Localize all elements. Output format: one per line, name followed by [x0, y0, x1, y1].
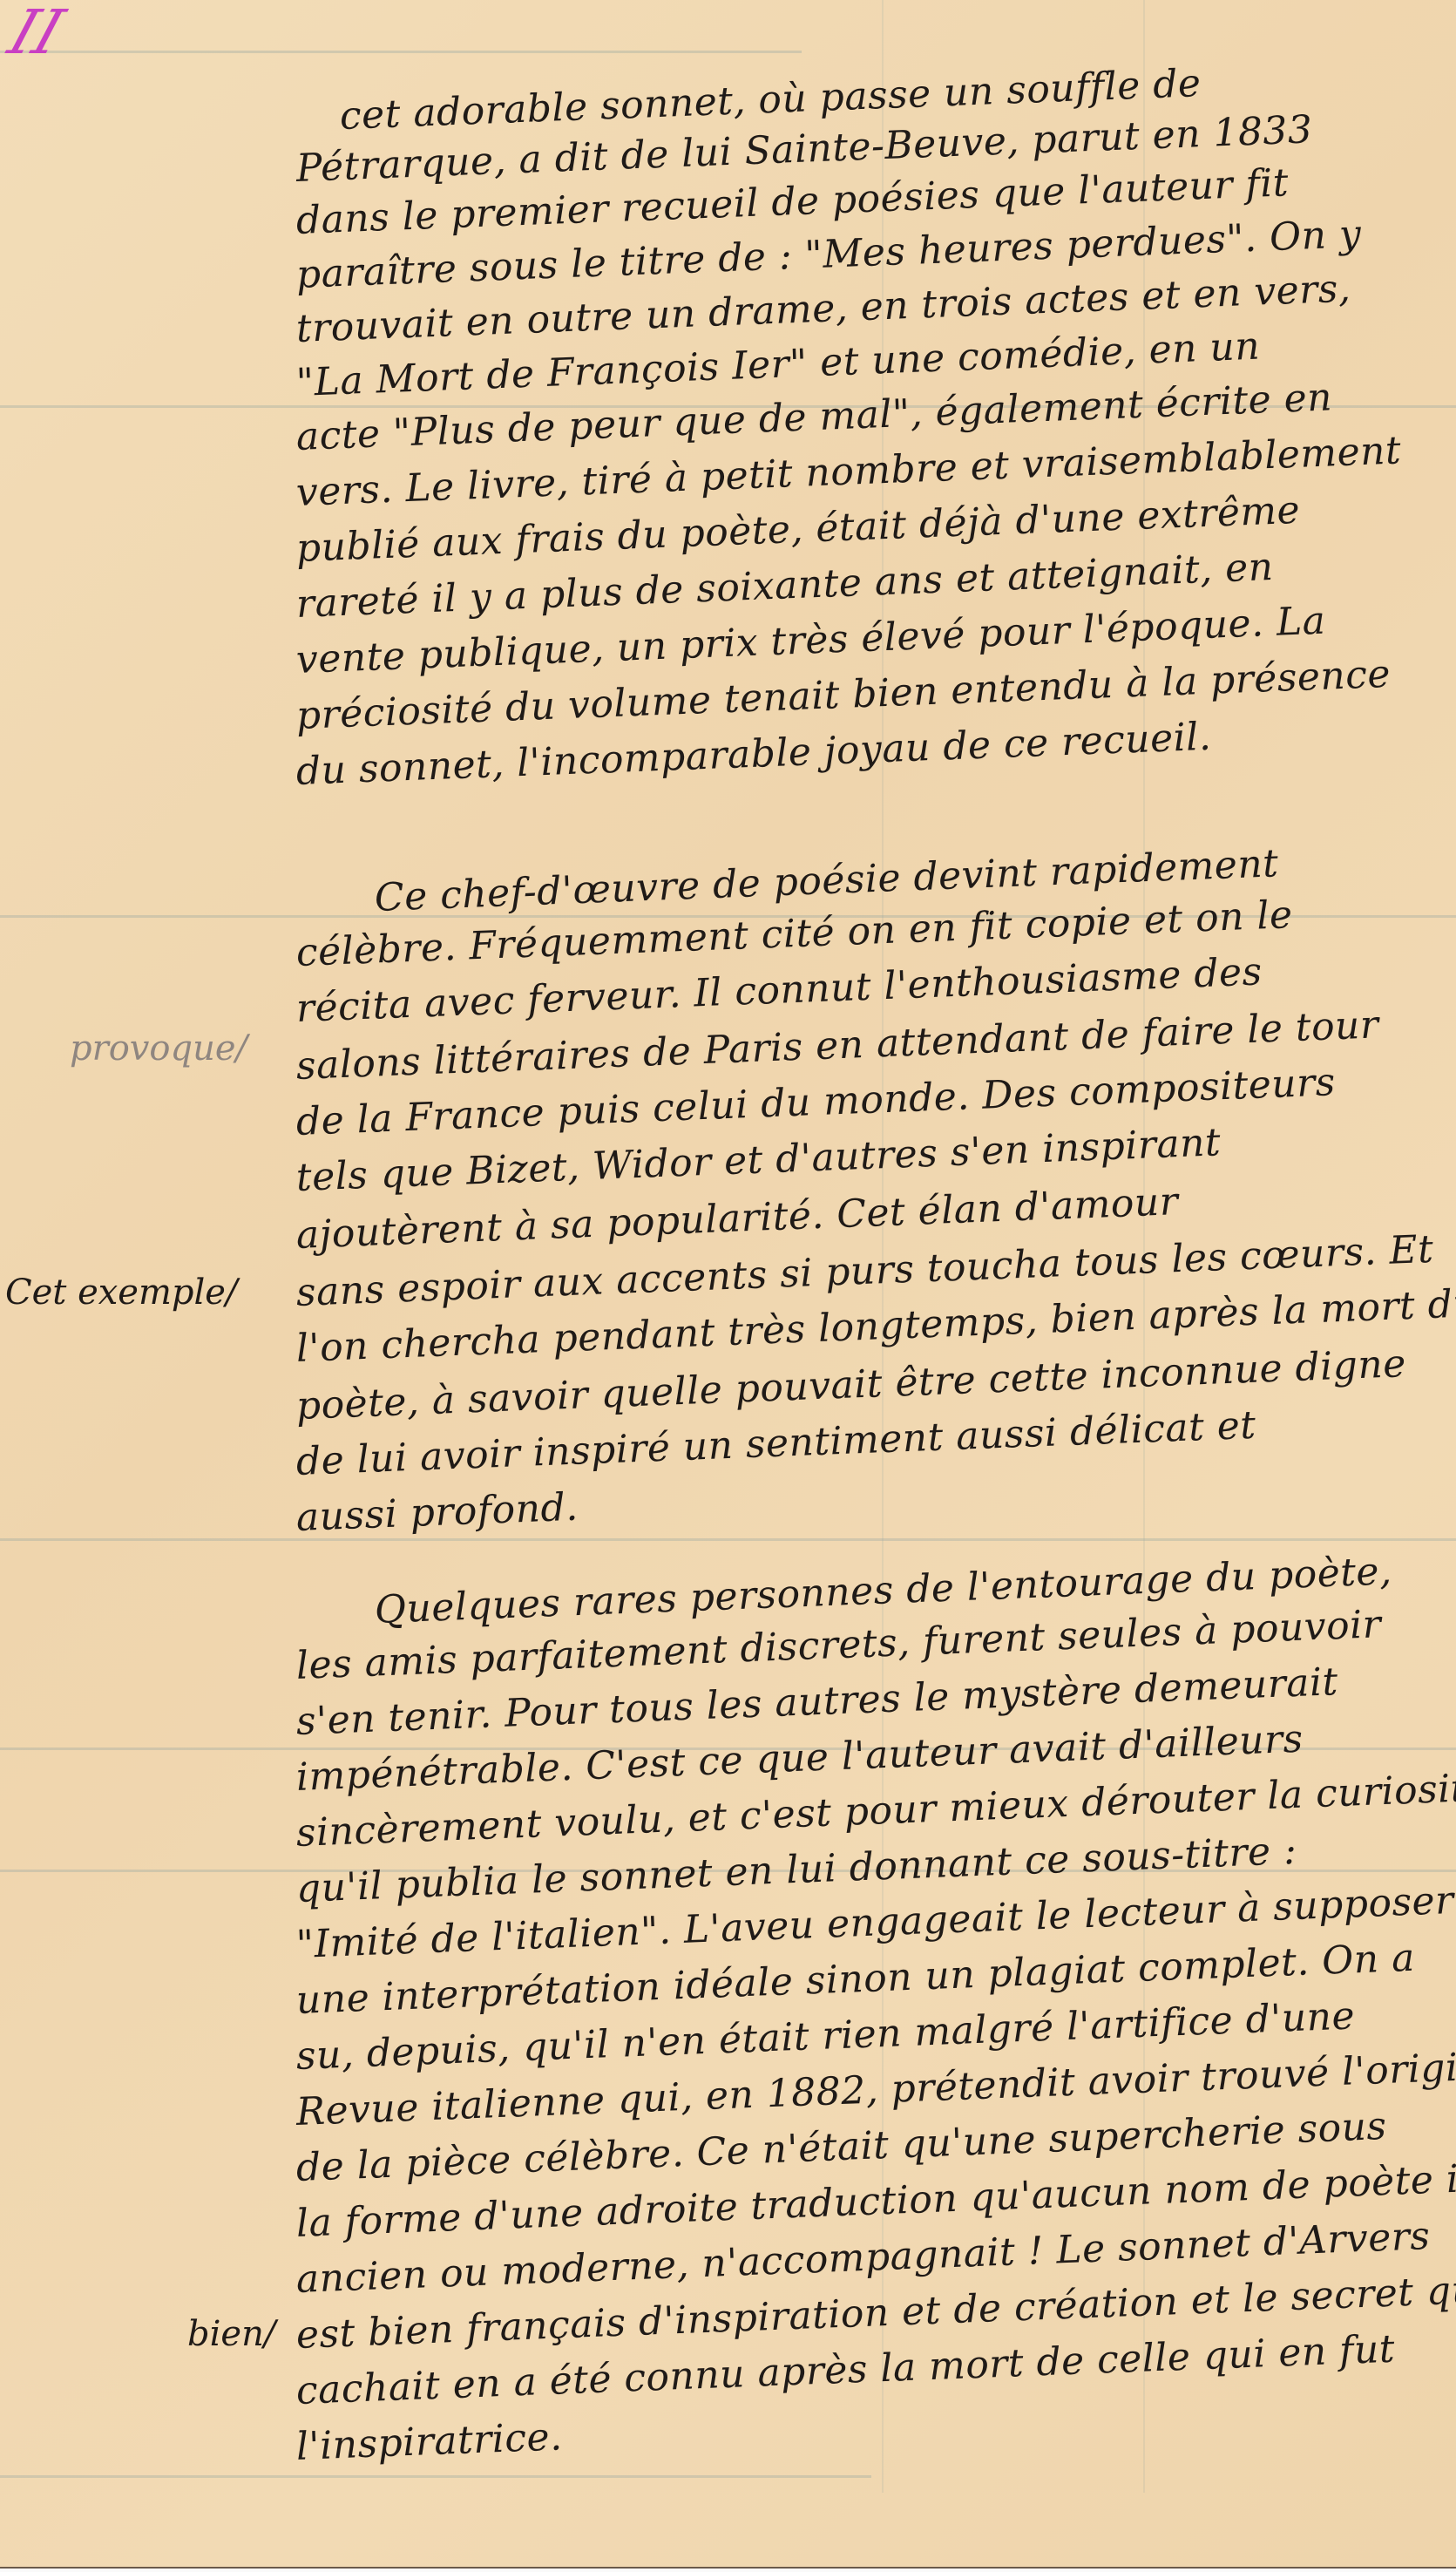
margin-note-cet-exemple: Cet exemple/: [5, 1272, 237, 1313]
text-line: aussi profond.: [295, 1485, 579, 1540]
ruled-line: [0, 1538, 1456, 1541]
margin-note-provoque: provoque/: [70, 1028, 247, 1069]
margin-note-bien: bien/: [187, 2314, 275, 2354]
ruled-line: [0, 51, 802, 53]
page-bottom-edge: [0, 2567, 1456, 2572]
manuscript-page: II cet adorable sonnet, où passe un souf…: [0, 0, 1456, 2567]
page-number: II: [1, 0, 72, 68]
text-line: l'inspiratrice.: [295, 2414, 563, 2469]
ruled-line: [0, 2475, 871, 2478]
